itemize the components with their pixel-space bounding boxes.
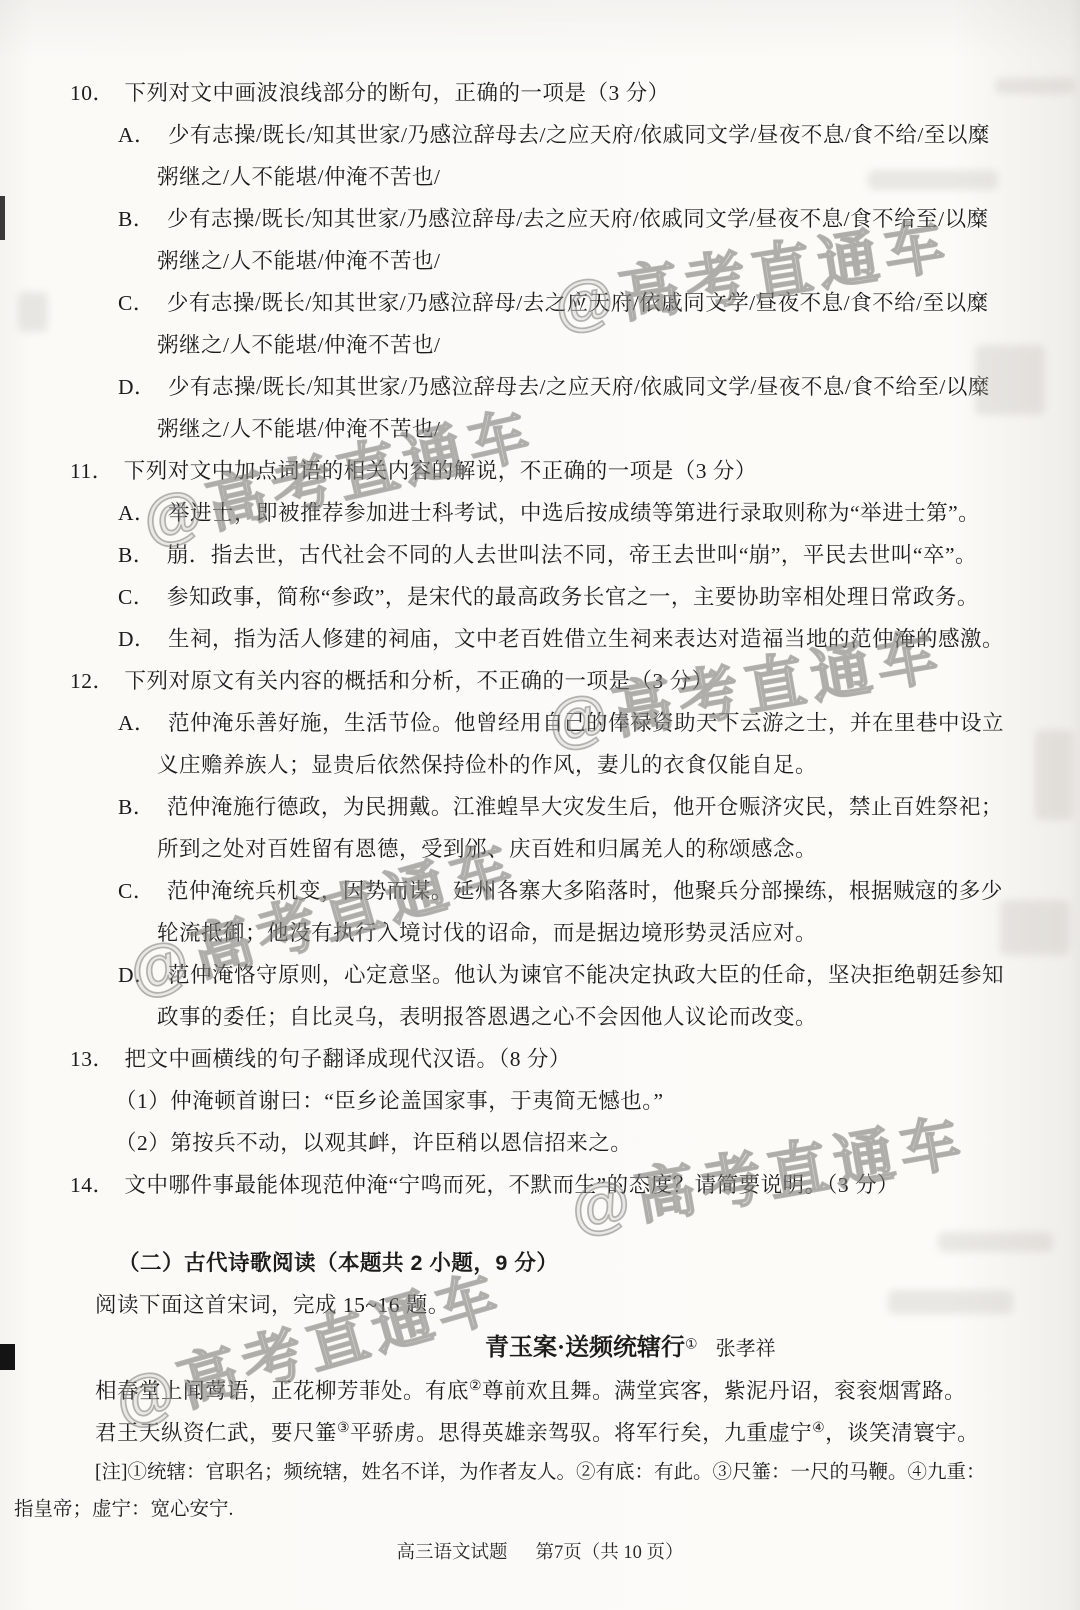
- q11-option-c-text: 参知政事，简称“参政”，是宋代的最高政务长官之一，主要协助宰相处理日常政务。: [167, 585, 979, 609]
- q10-option-d-line1: D．少有志操/既长/知其世家/乃感泣辞母去/之应天府/依戚同文学/昼夜不息/食不…: [0, 366, 1080, 408]
- question-12-stem-line: 12．下列对原文有关内容的概括和分析，不正确的一项是（3 分）: [0, 660, 1080, 702]
- q11-option-a: A．举进士，即被推荐参加进士科考试，中选后按成绩等第进行录取则称为“举进士第”。: [0, 492, 1080, 534]
- q11-option-d-text: 生祠，指为活人修建的祠庙，文中老百姓借立生祠来表达对造福当地的范仲淹的感激。: [168, 627, 1004, 651]
- q11-option-b-text: 崩．指去世，古代社会不同的人去世叫法不同，帝王去世叫“崩”，平民去世叫“卒”。: [167, 543, 977, 567]
- q10-option-c-label: C．: [118, 282, 155, 324]
- q10-option-d-label: D．: [118, 366, 156, 408]
- q12-option-d-label: D．: [118, 954, 156, 996]
- q12-option-b-text1: 范仲淹施行德政，为民拥戴。江淮蝗旱大灾发生后，他开仓赈济灾民，禁止百姓祭祀；: [167, 795, 1003, 819]
- scan-top-shading: [0, 0, 1080, 60]
- q10-option-d-line2: 粥继之/人不能堪/仲淹不苦也/: [0, 408, 1080, 450]
- poem-title-line: 青玉案·送频统辖行①张孝祥: [0, 1326, 1080, 1370]
- q13-item-2: （2）第按兵不动，以观其衅，许臣稍以恩信招来之。: [0, 1122, 1080, 1164]
- question-13-stem-line: 13．把文中画横线的句子翻译成现代汉语。（8 分）: [0, 1038, 1080, 1080]
- q10-option-c-line1: C．少有志操/既长/知其世家/乃感泣辞母/去之应天府/依戚同文学/昼夜不息/食不…: [0, 282, 1080, 324]
- exam-page-content: 10．下列对文中画波浪线部分的断句，正确的一项是（3 分） A．少有志操/既长/…: [0, 72, 1080, 1568]
- q12-option-a-line1: A．范仲淹乐善好施，生活节俭。他曾经用自己的俸禄资助天下云游之士，并在里巷中设立: [0, 702, 1080, 744]
- page-footer: 高三语文试题第7页（共 10 页）: [0, 1538, 1080, 1568]
- poem-line-1-text: 相春堂上闻莺语，正花柳芳菲处。有底: [95, 1379, 469, 1403]
- poem-line-2: 君王天纵资仁武，要尺箠③平骄虏。思得英雄亲驾驭。将军行矣，九重虚宁④，谈笑清寰宇…: [0, 1412, 1080, 1454]
- q10-option-b-label: B．: [118, 198, 155, 240]
- q10-option-a-label: A．: [118, 114, 156, 156]
- q10-option-b-text1: 少有志操/既长/知其世家/乃感泣辞母/去之应天府/依戚同文学/昼夜不息/食不给至…: [167, 207, 989, 231]
- q11-option-b: B．崩．指去世，古代社会不同的人去世叫法不同，帝王去世叫“崩”，平民去世叫“卒”…: [0, 534, 1080, 576]
- note-marker-3: ③: [337, 1421, 350, 1436]
- bleedthrough-smudge: [868, 170, 998, 190]
- poem-line-1-text-cont: 尊前欢且舞。满堂宾客，紫泥丹诏，衮衮烟霄路。: [482, 1379, 966, 1403]
- q11-option-c-label: C．: [118, 576, 155, 618]
- bleedthrough-smudge: [1035, 730, 1073, 820]
- q12-option-d-line2: 政事的委任；自比灵乌，表明报答恩遇之心不会因他人议论而改变。: [0, 996, 1080, 1038]
- question-11-number: 11．: [70, 450, 114, 492]
- section-2-header: （二）古代诗歌阅读（本题共 2 小题，9 分）: [0, 1242, 1080, 1284]
- bleedthrough-smudge: [995, 78, 1075, 94]
- q10-option-d-text1: 少有志操/既长/知其世家/乃感泣辞母去/之应天府/依戚同文学/昼夜不息/食不给至…: [168, 375, 990, 399]
- q10-option-a-line1: A．少有志操/既长/知其世家/乃感泣辞母去/之应天府/依戚同文学/昼夜不息/食不…: [0, 114, 1080, 156]
- bleedthrough-smudge: [1000, 900, 1070, 955]
- question-13-number: 13．: [70, 1038, 115, 1080]
- poem-author: 张孝祥: [716, 1338, 776, 1360]
- q10-option-c-line2: 粥继之/人不能堪/仲淹不苦也/: [0, 324, 1080, 366]
- poem-notes-line-2: 指皇帝；虚宁：宽心安宁.: [0, 1491, 1080, 1528]
- question-14-stem: 文中哪件事最能体现范仲淹“宁鸣而死，不默而生”的态度？请简要说明。（3 分）: [125, 1173, 899, 1197]
- q10-option-a-text1: 少有志操/既长/知其世家/乃感泣辞母去/之应天府/依戚同文学/昼夜不息/食不给/…: [168, 123, 990, 147]
- question-11-stem-line: 11．下列对文中加点词语的相关内容的解说，不正确的一项是（3 分）: [0, 450, 1080, 492]
- q10-option-b-line2: 粥继之/人不能堪/仲淹不苦也/: [0, 240, 1080, 282]
- question-13-stem: 把文中画横线的句子翻译成现代汉语。（8 分）: [125, 1047, 571, 1071]
- q12-option-c-line1: C．范仲淹统兵机变，因势而谋。延州各寨大多陷落时，他聚兵分部操练，根据贼寇的多少: [0, 870, 1080, 912]
- question-12-number: 12．: [70, 660, 115, 702]
- q11-option-d: D．生祠，指为活人修建的祠庙，文中老百姓借立生祠来表达对造福当地的范仲淹的感激。: [0, 618, 1080, 660]
- question-10-stem: 下列对文中画波浪线部分的断句，正确的一项是（3 分）: [125, 81, 670, 105]
- q10-option-b-line1: B．少有志操/既长/知其世家/乃感泣辞母/去之应天府/依戚同文学/昼夜不息/食不…: [0, 198, 1080, 240]
- q12-option-c-line2: 轮流抵御；他没有执行入境讨伐的诏命，而是据边境形势灵活应对。: [0, 912, 1080, 954]
- poem-line-2-text: 君王天纵资仁武，要尺箠: [95, 1421, 337, 1445]
- q12-option-a-text1: 范仲淹乐善好施，生活节俭。他曾经用自己的俸禄资助天下云游之士，并在里巷中设立: [168, 711, 1004, 735]
- question-14-number: 14．: [70, 1164, 115, 1206]
- edge-ink-mark: [0, 196, 5, 240]
- q11-option-a-text: 举进士，即被推荐参加进士科考试，中选后按成绩等第进行录取则称为“举进士第”。: [168, 501, 980, 525]
- bleedthrough-smudge: [975, 345, 1045, 415]
- bleedthrough-smudge: [888, 1290, 1013, 1314]
- question-10-stem-line: 10．下列对文中画波浪线部分的断句，正确的一项是（3 分）: [0, 72, 1080, 114]
- note-marker-2: ②: [469, 1379, 482, 1394]
- q11-option-a-label: A．: [118, 492, 156, 534]
- q13-item-1: （1）仲淹顿首谢曰：“臣乡论盖国家事，于夷简无憾也。”: [0, 1080, 1080, 1122]
- registration-mark: [0, 1344, 15, 1370]
- footer-page-number: 第7页（共 10 页）: [536, 1543, 684, 1563]
- question-14-stem-line: 14．文中哪件事最能体现范仲淹“宁鸣而死，不默而生”的态度？请简要说明。（3 分…: [0, 1164, 1080, 1206]
- q10-option-c-text1: 少有志操/既长/知其世家/乃感泣辞母/去之应天府/依戚同文学/昼夜不息/食不给/…: [167, 291, 989, 315]
- q12-option-c-text1: 范仲淹统兵机变，因势而谋。延州各寨大多陷落时，他聚兵分部操练，根据贼寇的多少: [167, 879, 1003, 903]
- q11-option-b-label: B．: [118, 534, 155, 576]
- q12-option-b-label: B．: [118, 786, 155, 828]
- q12-option-b-line1: B．范仲淹施行德政，为民拥戴。江淮蝗旱大灾发生后，他开仓赈济灾民，禁止百姓祭祀；: [0, 786, 1080, 828]
- question-10-number: 10．: [70, 72, 115, 114]
- question-11-stem: 下列对文中加点词语的相关内容的解说，不正确的一项是（3 分）: [124, 459, 757, 483]
- q12-option-b-line2: 所到之处对百姓留有恩德，受到邠、庆百姓和归属羌人的称颂感念。: [0, 828, 1080, 870]
- q12-option-a-line2: 义庄赡养族人；显贵后依然保持俭朴的作风，妻儿的衣食仅能自足。: [0, 744, 1080, 786]
- q12-option-a-label: A．: [118, 702, 156, 744]
- q11-option-d-label: D．: [118, 618, 156, 660]
- poem-line-2-text-cont: 平骄虏。思得英雄亲驾驭。将军行矣，九重虚宁: [350, 1421, 812, 1445]
- footer-doc-title: 高三语文试题: [396, 1543, 507, 1563]
- q12-option-d-line1: D．范仲淹恪守原则，心定意坚。他认为谏官不能决定执政大臣的任命，坚决拒绝朝廷参知: [0, 954, 1080, 996]
- poem-notes-line-1: [注]①统辖：官职名；频统辖，姓名不详，为作者友人。②有底：有此。③尺箠：一尺的…: [0, 1454, 1080, 1491]
- poem-line-2-text-end: ，谈笑清寰宇。: [825, 1421, 979, 1445]
- poem-line-1: 相春堂上闻莺语，正花柳芳菲处。有底②尊前欢且舞。满堂宾客，紫泥丹诏，衮衮烟霄路。: [0, 1370, 1080, 1412]
- note-marker-4: ④: [812, 1421, 825, 1436]
- section-gap: [0, 1206, 1080, 1242]
- question-12-stem: 下列对原文有关内容的概括和分析，不正确的一项是（3 分）: [125, 669, 714, 693]
- bleedthrough-smudge: [18, 292, 48, 332]
- q12-option-c-label: C．: [118, 870, 155, 912]
- q11-option-c: C．参知政事，简称“参政”，是宋代的最高政务长官之一，主要协助宰相处理日常政务。: [0, 576, 1080, 618]
- poem-title-note-marker: ①: [685, 1338, 698, 1353]
- q12-option-d-text1: 范仲淹恪守原则，心定意坚。他认为谏官不能决定执政大臣的任命，坚决拒绝朝廷参知: [168, 963, 1004, 987]
- bleedthrough-smudge: [938, 1232, 1053, 1252]
- poem-title: 青玉案·送频统辖行: [485, 1335, 685, 1361]
